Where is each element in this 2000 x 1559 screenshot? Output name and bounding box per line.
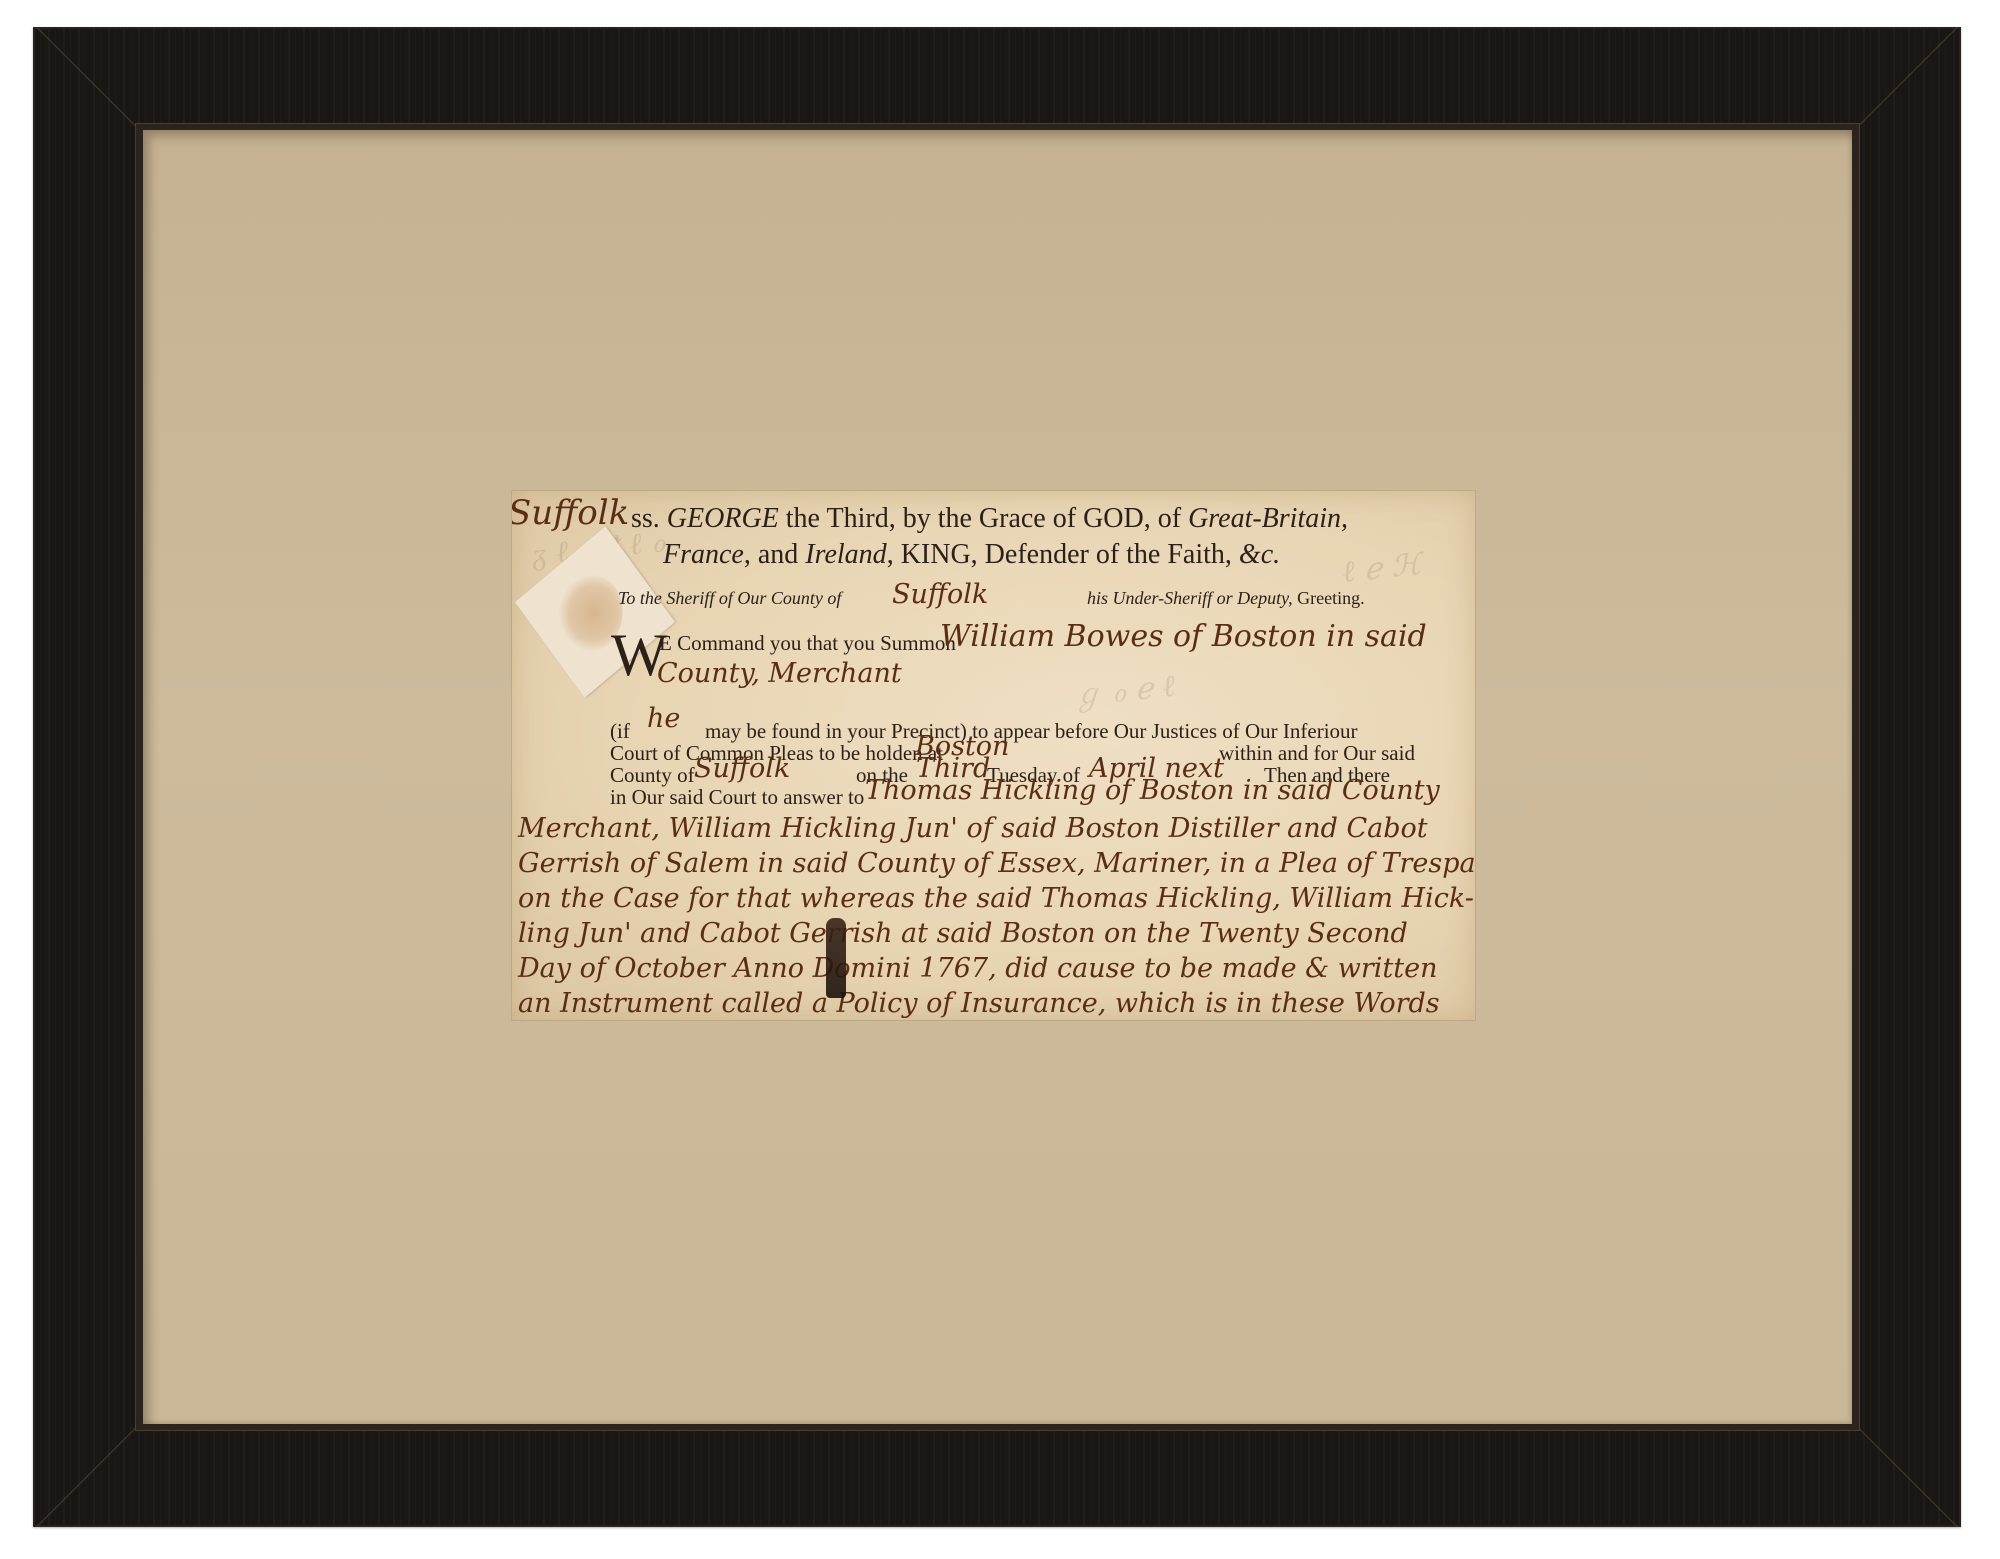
address-county: Suffolk xyxy=(892,579,988,610)
defendant-line-1: William Bowes of Boston in said xyxy=(940,619,1427,654)
handwritten-line: Merchant, William Hickling Jun' of said … xyxy=(518,813,1428,844)
address-prefix: To the Sheriff of Our County of xyxy=(618,588,841,608)
header-text: , of xyxy=(1144,503,1188,534)
if-pronoun: he xyxy=(647,703,680,734)
header-line-2: France, and Ireland, KING, Defender of t… xyxy=(663,539,1280,571)
defendant-line-2: County, Merchant xyxy=(657,658,902,689)
bleed-through-text: ℓ ℯ ℋ xyxy=(1340,547,1422,590)
bleed-through-text: ℊ ℴ ℯ ℓ xyxy=(1070,661,1177,715)
handwritten-line: ling Jun' and Cabot Gerrish at said Bost… xyxy=(518,918,1408,949)
handwritten-line: Day of October Anno Domini 1767, did cau… xyxy=(518,953,1438,984)
header-text: Ireland xyxy=(805,539,886,570)
address-suffix-italic: his Under-Sheriff or Deputy, xyxy=(1087,588,1293,608)
plaintiff-start: Thomas Hickling of Boston in said County xyxy=(865,775,1440,806)
king-name: GEORGE xyxy=(667,503,779,534)
answer-prefix: in Our said Court to answer to xyxy=(610,785,864,810)
handwritten-line: on the Case for that whereas the said Th… xyxy=(518,883,1474,914)
ss-mark: ss. xyxy=(631,503,660,534)
county-margin-signature: Suffolk xyxy=(512,493,629,533)
header-text: , KING, Defender of the Faith, xyxy=(887,539,1239,570)
handwritten-line: an Instrument called a Policy of Insuran… xyxy=(518,988,1440,1019)
header-text: Great-Britain, xyxy=(1188,503,1348,534)
county-name: Suffolk xyxy=(694,753,790,784)
writ-document: ᵹ ℓ ℯ ᵭ ℓ ℴ ℓ ℯ ℋ ℊ ℴ ℯ ℓ Suffolk ss. GE… xyxy=(512,491,1475,1020)
header-text: France xyxy=(663,539,744,570)
command-text: E Command you that you Summon xyxy=(659,631,956,656)
header-text: GOD xyxy=(1083,503,1144,534)
address-line: To the Sheriff of Our County of xyxy=(618,588,841,609)
header-text: , and xyxy=(744,539,805,570)
header-text: &c. xyxy=(1239,539,1280,570)
header-line-1: ss. GEORGE the Third, by the Grace of GO… xyxy=(631,503,1348,535)
ink-blot xyxy=(826,918,846,998)
header-text: the Third, by the Grace of xyxy=(779,503,1083,534)
greeting: Greeting. xyxy=(1297,588,1364,608)
address-suffix: his Under-Sheriff or Deputy, Greeting. xyxy=(1087,588,1365,609)
handwritten-line: Gerrish of Salem in said County of Essex… xyxy=(518,848,1475,879)
